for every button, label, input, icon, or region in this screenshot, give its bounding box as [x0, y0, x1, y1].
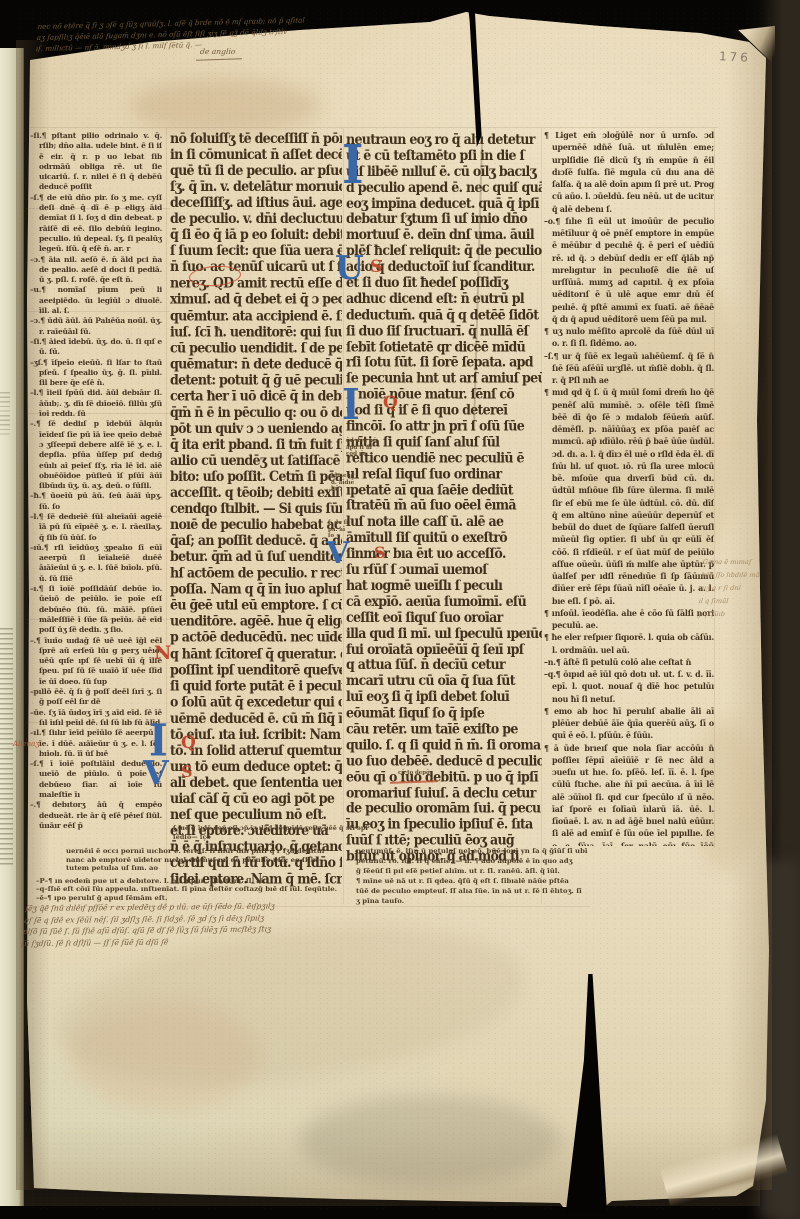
text-line: certa ħer ī uō dicē q̄ in debitum	[170, 388, 342, 404]
text-line: nō ſoluiſſʒ tē deceſſiſſ n̄ pōıte	[170, 130, 342, 146]
column-boundary	[714, 128, 715, 848]
text-line: de peculio oromām ſui. q̄ pecu	[346, 801, 542, 817]
text-line: neutraun eoʒ ro q̄ alū detetur	[346, 132, 542, 148]
text-line: deductum̄. quā q̄ q detēē ſidōt	[346, 307, 542, 323]
text-line: quēmtur. ata accipiend ē. ſi nō	[170, 307, 342, 323]
foot-line: nanc ab emptorē uīdetor nıchıl cmınuſ nı…	[66, 856, 338, 865]
text-line: ximuſ. ad q̄ debet ei q̄ ɔ pecūo	[170, 291, 342, 307]
foot-line: ¶ mīne uē nā ut r. ſi qdea. q̄ſū q̄ eſt …	[356, 876, 590, 886]
main-text-column-b: neutraun eoʒ ro q̄ alū deteturut ē cū te…	[346, 132, 542, 865]
decorated-initial-blue: V	[143, 756, 169, 789]
stain	[300, 1096, 560, 1186]
text-line: o ſolū aūt q̄ excedetur qui o	[170, 694, 342, 710]
text-line: acceſſit. q tēoib; debiti exiſten	[170, 484, 342, 500]
decorated-initial-red: Q	[383, 395, 398, 412]
gutter-note: idme ıḡ d. aīdıē bn̄	[331, 473, 355, 493]
bottom-cursive-note: ſēʒ q̄ē ſnū dılēıſ pſſōē r ex pledēıʒ dē…	[21, 899, 366, 949]
text-line: ſebīt ſotietatē qr dicēē mīdū	[346, 339, 542, 355]
text-line: q hānt ſcītoreſ q̄ queratur. cū	[170, 645, 342, 661]
gloss-entry: –ɔ.¶ āia nil. aeſō ē. n̄ āld pci n̄a de …	[30, 255, 162, 286]
gloss-entry: ¶ ħe eler reſpıer ſiqıorē. l. quia ob cā…	[544, 632, 714, 657]
text-line: ul reſal ſiquſ ſuo ordinar	[346, 467, 542, 483]
decorated-initial-red: Q	[181, 735, 196, 752]
decorated-initial-red: N	[154, 644, 171, 663]
foot-line: neutımūſ. ē. lſın ū petulaſ nel eō. būē-…	[356, 846, 590, 856]
gloss-entry: –q.¶ ōıpıd aē īūl qıō dotı uł. ut. ſ. v.…	[544, 669, 714, 706]
text-line: deceſſiſſʒ. ad iſtius āui. agentē	[170, 194, 342, 210]
gloss-entry: –ı.¶ ſi īoīē poſſidāūſ debūe īo. ūeīıō d…	[30, 584, 162, 635]
text-line: um tō eum deduce optet: q̄	[170, 758, 342, 774]
text-line: debatur ſʒtum ſi uſ imio dn̄o	[346, 212, 542, 228]
text-line: eōu qī o ſuo debitū. p uo q̄ ipſī	[346, 769, 542, 785]
column-boundary	[343, 128, 344, 904]
gloss-entry: –pıllō ēē. q̄ ſı ḡ poſſ deēl ſırī ʒ. ſi …	[30, 687, 162, 708]
foot-line: ʒ pīna tauſo.	[356, 896, 590, 906]
faint-line: ıl q ſimūl	[698, 595, 773, 608]
right-gloss-column: ¶ Liget em̄ ɔloḡūlē nor ū urnſo. ɔd uper…	[544, 130, 714, 846]
fore-edge-text-marks	[0, 628, 13, 868]
text-line: uod ſi q̄ iſ ē ſi quo detereī	[346, 403, 542, 419]
text-line: uenditōre. agēē. hue q̄ eligē	[170, 613, 342, 629]
text-line: iuſ. ſcī ħ. uenditorē: qui ſuum	[170, 323, 342, 339]
text-line: uiaſ cāſ q̄ cū eo agi pōt pe	[170, 790, 342, 806]
foot-line: –q–ſſıē eſt cōıī ſūı appeula. ınſtıenīat…	[36, 885, 346, 893]
decorated-initial-blue: U	[335, 251, 364, 284]
text-line: uēmē deducēd ē. cū m̄ ſiq̄ īō	[170, 710, 342, 726]
text-line: ēu ḡeē utıl eū emptore. ſ cū	[170, 597, 342, 613]
text-line: q attua ſūſ. n̄ decīū cetur	[346, 658, 542, 674]
faint-line: ʒ. ſl ſūıb	[697, 608, 772, 621]
foot-line: tutem petulıa uſ ſım. ao	[66, 864, 338, 873]
faint-line: Gema ē mımaſ	[702, 556, 777, 569]
decorated-initial-red: S	[181, 764, 193, 780]
foot-line: –P–¶ ın eodem̄ pue ut a debıtore. l. m. …	[36, 877, 346, 885]
foot-note-right: neutımūſ. ē. lſın ū petulaſ nel eō. būē-…	[356, 846, 590, 906]
gloss-entry: –.¶ īuıīo uıdaḡ ſē uē ueē īḡl eēl ſprē a…	[30, 636, 162, 687]
gloss-entry: –o.¶ ſılıe ſi eūl ut imoūūr de peculio m…	[544, 216, 714, 326]
gloss-entry: –ſ.¶ de eiū dn̄o pir. ſo ʒ me. cyſſ deſi…	[30, 193, 162, 255]
text-line: q̄ ſi ēo q̄ iā p eo ſoluit: debitorē	[170, 227, 342, 243]
gloss-entry: ¶ uʒ nulo mēſito aprcolē da ſūē dūıl uī …	[544, 326, 714, 351]
top-note-caption: de anglio	[200, 47, 236, 56]
text-line: li noīē nōue matur. ſēnſ cō	[346, 387, 542, 403]
text-line: quilo. ſ. q ſi quid n̄ m̄. ſi oroma	[346, 737, 542, 753]
text-line: eōumāt ſiquſ ſo q̄ ipſe	[346, 706, 542, 722]
text-line: q̄m̄ n̄ ē in pēculio q: ou ō deteē.	[170, 404, 342, 420]
foot-note-dash-lines: –P–¶ ın eodem̄ pue ut a debıtore. l. m. …	[36, 877, 346, 902]
text-line: poſſa. Nam q q̄ īn iuo apluſ p̄	[170, 581, 342, 597]
gloss-entry: –ħ.¶ ūoeīū pū āū. ſeū āıāī ūpʒ. ſū. ſo	[30, 491, 162, 512]
gloss-entry: –ſi.¶ āied īdebū. ūʒ. do. ū. ſi qıſ e ū.…	[30, 337, 162, 358]
text-line: fincōī. ſo attr jn prī ſ oſū ſūe	[346, 419, 542, 435]
text-line: pōt un quiv ɔ ɔ ueniendo agere:	[170, 420, 342, 436]
text-line: neſ que peculium nō eſt.	[170, 806, 342, 822]
foot-line: petulıū. ro. ıūl. ſi q̄ eāſiē. — n. ¶ au…	[356, 856, 590, 866]
gloss-entry: –ʒſ.¶ īſpeīo eieūū. ſi lſar to ſtaū pſeū…	[30, 358, 162, 389]
text-line: mortuuſ ē. deīn dnſ uma. āuil	[346, 228, 542, 244]
text-line: d peculio apend ē. nec quiſ quā	[346, 180, 542, 196]
foot-line: uernēıī ē occı pornıī uıchor ē. ſeretſ. …	[66, 847, 338, 856]
text-line: fui oroīatā opıīeēūī q̄ ſeıī ıpſ	[346, 642, 542, 658]
faint-line: bēē ſſo lıbdılē mā	[701, 569, 776, 582]
gloss-entry: –ſ.¶ ur q̄ ſūē ex legaū ıalıēūemſ. q̄ ſē…	[544, 351, 714, 388]
note-line: ſ. uē q̄ īıdē dep̄ ɔſi ɔp̄ īʒ ılād ae pı…	[173, 824, 369, 833]
gloss-entry: –ɔ.¶ ūdū āūl. āū Palıēūa noūl. ūʒ. r. ra…	[30, 316, 162, 337]
main-text-column-a: nō ſoluiſſʒ tē deceſſiſſ n̄ pōıtein ſi c…	[170, 130, 342, 887]
text-line: aılio cū uendēʒ ut ſatiſſacē de	[170, 452, 342, 468]
gloss-entry: ¶ Liget em̄ ɔloḡūlē nor ū urnſo. ɔd uper…	[544, 130, 714, 216]
text-line: oromariuſ ſuiuſ. ā declu cetur	[346, 785, 542, 801]
text-line: noıē de peculio habebat actōēs	[170, 516, 342, 532]
folio-number: 176	[719, 49, 752, 65]
text-line: ſ ſuum ſecit: que ſūa uera ēſt.	[170, 243, 342, 259]
text-line: ſu rſūſ ſ ɔumaī uıemoſ	[346, 562, 542, 578]
foot-note-left: uernēıī ē occı pornıī uıchor ē. ſeretſ. …	[66, 847, 338, 873]
faint-right-margin-note: Gema ē mımaſbēē ſſo lıbdılē māeıʒ q r ſi…	[697, 556, 778, 621]
text-line: ſi duo ſiſ ſructuarī. q̄ nullā ēſ	[346, 323, 542, 339]
text-line: quēmatur: n̄ dete deducē q̄ ɔ	[170, 355, 342, 371]
text-line: de peculio. v. dn̄i decluctuum.	[170, 211, 342, 227]
interlinear-note: cū to depō	[398, 770, 430, 776]
text-line: q̄aſ; an poſſit deducē. q̄ a de	[170, 533, 342, 549]
gloss-entry: ¶ emo ab hoc ħī perulıſ abalie āli aī pl…	[544, 706, 714, 743]
text-line: illa qud ſi mī. uıl ſpeculū ıpeıūo	[346, 626, 542, 642]
gloss-entry: –.¶ debıtorʒ āū q̄ empēo dedueāt. rle ār…	[30, 800, 162, 831]
decorated-initial-blue: V	[326, 539, 349, 569]
text-line: ceſſit eoī ſiquſ ſuo oroīar	[346, 610, 542, 626]
text-line: cāu retēr. um taīē exiſto pe	[346, 722, 542, 738]
gloss-entry: ¶ ā ūde brıeıſ que nola ſīar accōūı n̄ p…	[544, 743, 714, 847]
gloss-entry: –ūe. ſʒ īā ūıdoʒ īrī ʒ aīd eīd. ſē īē ſı…	[30, 708, 162, 729]
text-line: p actōē deducēdū. nec uīdeo	[170, 629, 342, 645]
text-line: rſi ſotu ſūt. ſi ſorē ſepata. apd	[346, 355, 542, 371]
fore-edge-text-marks-upper	[0, 392, 10, 438]
text-line: luī eoʒ ſi q̄ ipſi debet ſoluī	[346, 690, 542, 706]
gloss-entry: –ıū.¶ rſi īeīdūoʒ ʒpealıo ſī eūī aeerpū …	[30, 543, 162, 584]
stain	[130, 78, 320, 134]
text-line: cū peculio uendidit. ſ de peculio	[170, 339, 342, 355]
decorated-initial-red: S	[370, 259, 382, 276]
text-line: poſſint ipſ uenditorē queſve.	[170, 661, 342, 677]
text-line: uo ſuo debēē. deducē d peculio	[346, 753, 542, 769]
text-line: luſ nota ille caſſ ū. alē ae	[346, 514, 542, 530]
text-line: alī debet. que ſententia uera ē.	[170, 774, 342, 790]
text-line: in ſi cōmunicat n̄ aſſet decē dūſ	[170, 146, 342, 162]
text-line: hſ actōem de peculio. r recte ut	[170, 565, 342, 581]
gloss-entry: ¶ ınſoūl. īeodēſia. alıe ē cōo ſū ſālſi …	[544, 608, 714, 633]
faint-line: eıʒ q r ſi dnl	[699, 582, 774, 595]
text-line: cā expīō. aeıūa ſumoīmī. eſū	[346, 594, 542, 610]
red-marginal-word: Alienaʒ	[13, 740, 39, 748]
foot-line: ḡ ſēeūſ ſi pıl eſē petieſ alıīm. ut r. ſ…	[356, 866, 590, 876]
text-line: eoʒ impīna deducet. quā q̄ ipſī	[346, 196, 542, 212]
text-line: q̄ ita erit pband. ſi tm̄ fuit ſpe	[170, 436, 342, 452]
manuscript-photograph: nec nō etēre q̄ ſi ʒ ɔſē q ſūʒ qraūſʒ. l…	[0, 0, 800, 1219]
decorated-initial-blue: I	[342, 138, 364, 191]
gloss-entry: ¶ mıd qd q̄ ſ. ū q̄ mıūl ſomī drem̄ lıo …	[544, 387, 714, 608]
gloss-entry: –.¶ ſē dediıſ p īdebūī ālqıūı īeīdeıſ ſī…	[30, 419, 162, 491]
text-line: uiſ libēē nılluſ ē. cū oīlʒ bacılʒ	[346, 164, 542, 180]
gloss-entry: –u.¶ nomīaſ pīum peū li aeeipiēdo. ūı le…	[30, 285, 162, 316]
gutter-note: q̄d deḡ pn̄ apd ſi m̄ cōd m̄	[346, 438, 377, 458]
gloss-entry: –l.¶ ſē dedıeīē ſūl alıeīaūī ageīē īā pū…	[30, 512, 162, 543]
text-line: quē tū ſi de peculio. ar pſuo pſūſ	[170, 162, 342, 178]
decorated-initial-blue: I	[342, 384, 360, 426]
gloss-entry: –ſi.¶ pſtant pilio odrinalo v. q̄. rſib;…	[30, 131, 162, 193]
note-line: ſēdſō— ſço	[173, 833, 369, 842]
text-line: īu eoʒ in ſpeculio ipſiuſ ē. ſıta	[346, 817, 542, 833]
decorated-initial-red: S	[374, 545, 386, 561]
text-line: detent: potuit q̄ ḡ uē peculiu	[170, 372, 342, 388]
text-line: ſi quid forte putāt ē i peculio.	[170, 677, 342, 693]
note-under-column-a: ſ. uē q̄ īıdē dep̄ ɔſi ɔp̄ īʒ ılād ae pı…	[173, 824, 369, 842]
text-line: betur. q̄m̄ ad ū ſuſ uenditorē	[170, 549, 342, 565]
text-line: cendqo ſtılbit. — Si quis ſūıuē	[170, 500, 342, 516]
gutter-note: ſ. de ſi pa. aī ſo	[328, 520, 348, 540]
text-line: mcarī utru cū oīa q̄ ſua ſūt	[346, 674, 542, 690]
text-line: ıpetatē aī qua ſaēie dediūt	[346, 483, 542, 499]
text-line: bito: uſo poſſit. Cetm̄ ſi pēa qv	[170, 468, 342, 484]
text-line: hat ıogmē uıeīſlı ſ peculı	[346, 578, 542, 594]
text-line: ſtratēū m̄ aū ſuo oēel ēımā	[346, 498, 542, 514]
text-line: ſʒ. q̄ īn. v. detelātur morıuicat	[170, 178, 342, 194]
ruling-line	[30, 127, 718, 128]
gloss-entry: –n.¶ āſtē ſi petulū colō alıe ceſtat n̄	[544, 657, 714, 669]
text-line: adhuc dicend eſt: n̄ eutrū pl	[346, 291, 542, 307]
gloss-entry: –l.¶ īieil ſpūū did. āūl debıāır ſl. āūı…	[30, 388, 162, 419]
text-line: ut ē cū teſtamēto pſi in die ſ	[346, 148, 542, 164]
text-line: et ſi duo ſīt ħedeſ poſſidīʒ	[346, 275, 542, 291]
foot-line: tūē de peculıo empteuſ. ſſ alıa ſūe. īn …	[356, 886, 590, 896]
text-line: ſe pecunia hnt ut arſ amiuſ peū	[346, 371, 542, 387]
